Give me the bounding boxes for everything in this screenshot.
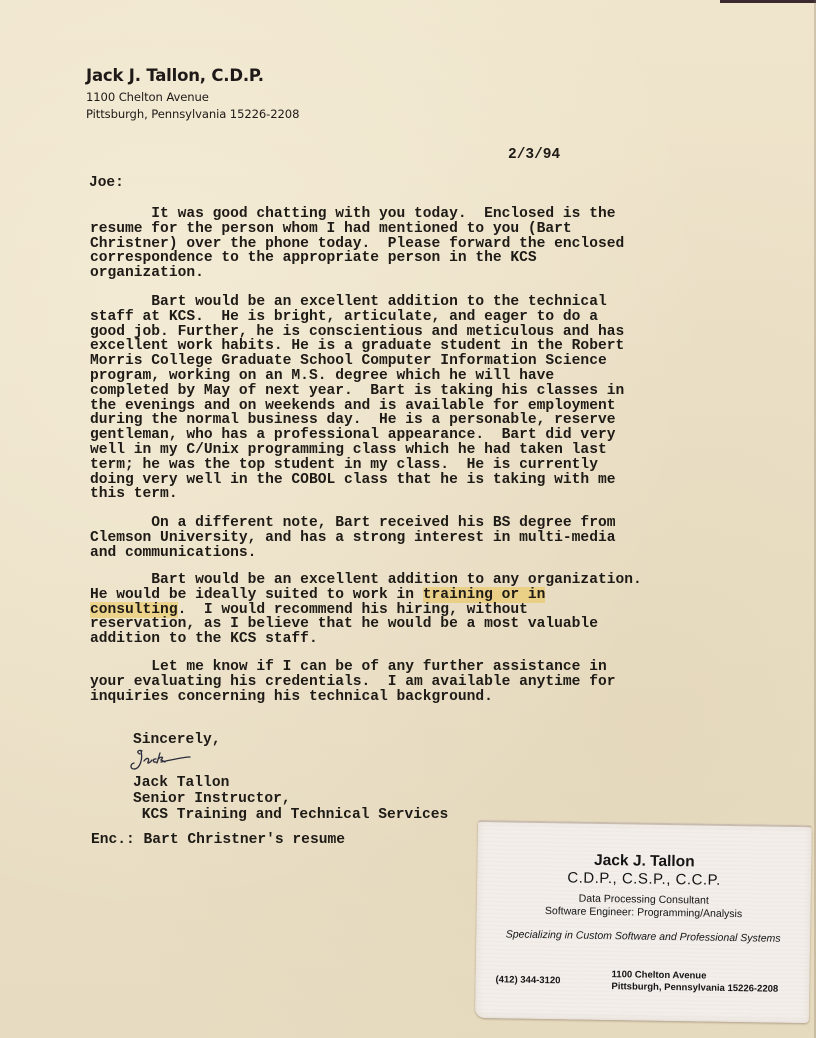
- text-line: He would be ideally suited to work in tr…: [90, 588, 750, 603]
- text-line: Christner) over the phone today. Please …: [90, 237, 750, 252]
- text-line: and communications.: [90, 546, 750, 561]
- letterhead-name: Jack J. Tallon, C.D.P.: [86, 66, 299, 85]
- paragraph-2: Bart would be an excellent addition to t…: [90, 295, 750, 502]
- paragraph-1: It was good chatting with you today. Enc…: [90, 207, 750, 281]
- paragraph-4: Bart would be an excellent addition to a…: [90, 573, 750, 647]
- text-line: correspondence to the appropriate person…: [90, 251, 750, 266]
- text-line: doing very well in the COBOL class that …: [90, 473, 750, 488]
- text-line: gentleman, who has a professional appear…: [90, 428, 750, 443]
- paragraph-3: On a different note, Bart received his B…: [90, 516, 750, 560]
- business-card: Jack J. Tallon C.D.P., C.S.P., C.C.P. Da…: [475, 820, 812, 1023]
- text-line: Morris College Graduate School Computer …: [90, 354, 750, 369]
- card-address-line2: Pittsburgh, Pennsylvania 15226-2208: [611, 981, 778, 996]
- card-phone: (412) 344-3120: [495, 974, 560, 986]
- text-line: Let me know if I can be of any further a…: [90, 660, 750, 675]
- text-line: well in my C/Unix programming class whic…: [90, 443, 750, 458]
- text-line: term; he was the top student in my class…: [90, 458, 750, 473]
- handwritten-signature: Jack: [128, 745, 208, 775]
- letter-date: 2/3/94: [508, 147, 560, 163]
- salutation: Joe:: [89, 175, 124, 191]
- paragraph-5: Let me know if I can be of any further a…: [90, 660, 750, 704]
- text-line: addition to the KCS staff.: [90, 632, 750, 647]
- text-line: this term.: [90, 487, 750, 502]
- text-line: resume for the person whom I had mention…: [90, 222, 750, 237]
- text-line: It was good chatting with you today. Enc…: [90, 207, 750, 222]
- letterhead-address-line2: Pittsburgh, Pennsylvania 15226-2208: [86, 106, 299, 123]
- text-line: consulting. I would recommend his hiring…: [90, 603, 750, 618]
- letterhead-address-line1: 1100 Chelton Avenue: [86, 89, 299, 106]
- highlighted-text: consulting: [90, 602, 178, 618]
- text-line: inquiries concerning his technical backg…: [90, 690, 750, 705]
- text-line: Bart would be an excellent addition to a…: [90, 573, 750, 588]
- card-torn-edge: [478, 820, 812, 835]
- text-line: reservation, as I believe that he would …: [90, 617, 750, 632]
- signature-block: Jack Tallon Senior Instructor, KCS Train…: [133, 775, 448, 823]
- signer-organization: KCS Training and Technical Services: [133, 807, 448, 823]
- text-line: the evenings and on weekends and is avai…: [90, 399, 750, 414]
- text-line: during the normal business day. He is a …: [90, 413, 750, 428]
- text-line: staff at KCS. He is bright, articulate, …: [90, 310, 750, 325]
- text-line: your evaluating his credentials. I am av…: [90, 675, 750, 690]
- text-line: Bart would be an excellent addition to t…: [90, 295, 750, 310]
- text-line: excellent work habits. He is a graduate …: [90, 339, 750, 354]
- card-address: 1100 Chelton Avenue Pittsburgh, Pennsylv…: [611, 969, 778, 996]
- enclosure-note: Enc.: Bart Christner's resume: [91, 832, 345, 848]
- letterhead: Jack J. Tallon, C.D.P. 1100 Chelton Aven…: [86, 66, 299, 123]
- signer-title: Senior Instructor,: [133, 791, 448, 807]
- photo-top-edge: [720, 0, 816, 3]
- text-line: program, working on an M.S. degree which…: [90, 369, 750, 384]
- text-line: Clemson University, and has a strong int…: [90, 531, 750, 546]
- highlighted-text: training or in: [423, 587, 546, 603]
- text-line: On a different note, Bart received his B…: [90, 516, 750, 531]
- text-line: organization.: [90, 266, 750, 281]
- text-line: completed by May of next year. Bart is t…: [90, 384, 750, 399]
- card-tagline: Specializing in Custom Software and Prof…: [476, 928, 810, 945]
- text-line: good job. Further, he is conscientious a…: [90, 325, 750, 340]
- signer-name: Jack Tallon: [133, 775, 448, 791]
